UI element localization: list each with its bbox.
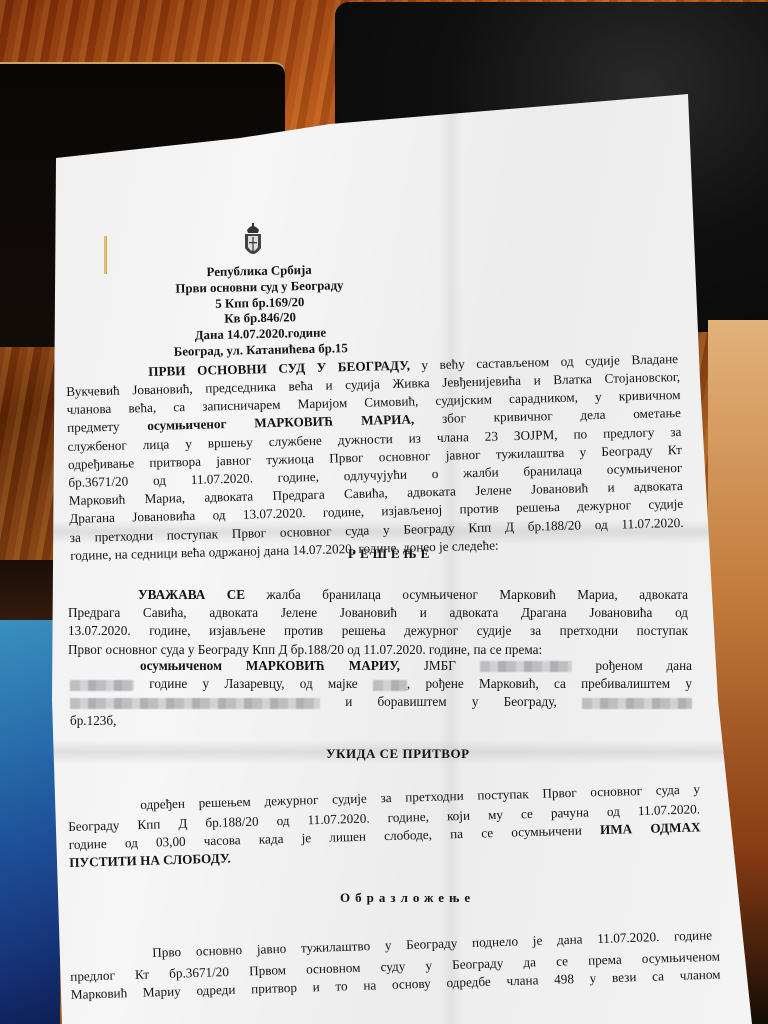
text-line: осумњиченом МАРКОВИЋ МАРИУ, ЈМБГ рођеном… bbox=[70, 657, 692, 675]
reasoning-title: Образложење bbox=[340, 890, 475, 906]
redacted-address bbox=[70, 698, 320, 709]
text-line: УВАЖАВА СЕ жалба бранилаца осумњиченог М… bbox=[68, 586, 688, 604]
text-line: Предрага Савића, адвоката Јелене Јованов… bbox=[68, 604, 688, 622]
text-line: бр.123б, bbox=[70, 712, 692, 730]
court-header: Република Србија Први основни суд у Беог… bbox=[149, 262, 371, 361]
redacted-mother-name bbox=[373, 680, 407, 691]
text-line: 13.07.2020. године, изјављене против реш… bbox=[68, 622, 688, 640]
serbia-coat-of-arms-icon bbox=[242, 222, 264, 262]
text-line: године у Лазаревцу, од мајке , рођене Ма… bbox=[70, 675, 692, 693]
text-line: и боравиштем у Београду, bbox=[70, 693, 692, 711]
ruling-paragraph: УВАЖАВА СЕ жалба бранилаца осумњиченог М… bbox=[68, 586, 688, 659]
redacted-jmbg bbox=[480, 661, 572, 672]
suspect-paragraph: осумњиченом МАРКОВИЋ МАРИУ, ЈМБГ рођеном… bbox=[70, 657, 692, 730]
redacted-birthdate bbox=[70, 680, 134, 691]
document-text: Република Србија Први основни суд у Беог… bbox=[0, 0, 768, 1024]
redacted-street bbox=[582, 698, 692, 709]
intro-paragraph-body: Вукчевић Јовановић, председника већа и с… bbox=[66, 368, 684, 565]
detention-heading: УКИДА СЕ ПРИТВОР bbox=[326, 746, 470, 762]
ruling-title: РЕШЕЊЕ bbox=[348, 546, 433, 562]
